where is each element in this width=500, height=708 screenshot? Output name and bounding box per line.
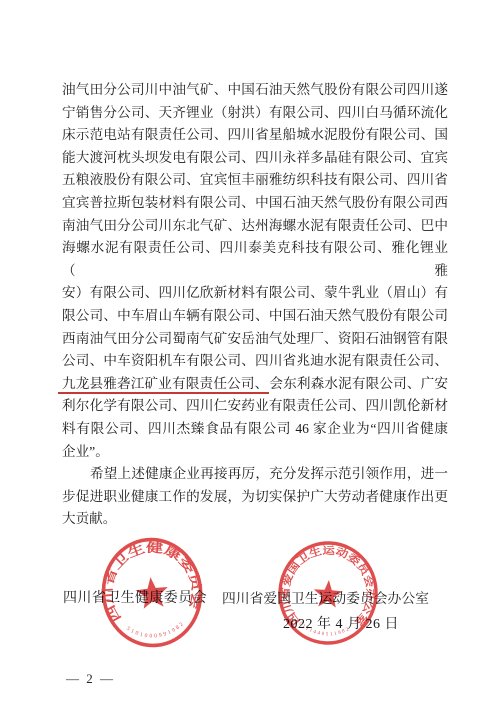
body-line-rest: 会东利森水泥有限公司、广安 bbox=[269, 376, 448, 391]
star-icon bbox=[313, 579, 343, 608]
body-line: 南油气田分公司川东北气矿、达州海螺水泥有限责任公司、巴中 bbox=[62, 215, 448, 238]
body-line: 宁销售分公司、天齐锂业（射洪）有限公司、四川白马循环流化 bbox=[62, 102, 448, 125]
body-line: 五粮液股份有限公司、宜宾恒丰丽雅纺织科技有限公司、四川省 bbox=[62, 169, 448, 192]
body-line: 宜宾普拉斯包装材料有限公司、中国石油天然气股份有限公司西 bbox=[62, 192, 448, 215]
body-line-underlined: 九龙县雅砻江矿业有限责任公司、会东利森水泥有限公司、广安 bbox=[62, 373, 448, 396]
official-seal-right: 四川省爱国卫生运动委员会办公室 5111440511982 bbox=[276, 541, 380, 645]
body-line: 利尔化学有限公司、四川仁安药业有限责任公司、四川凯伦新材 bbox=[62, 395, 448, 418]
body-line: 安）有限公司、四川亿欣新材料有限公司、蒙牛乳业（眉山）有 bbox=[62, 282, 448, 305]
body-line: 限公司、中车眉山车辆有限公司、中国石油天然气股份有限公司 bbox=[62, 305, 448, 328]
body-line: 大贡献。 bbox=[62, 508, 448, 531]
body-line: 油气田分公司川中油气矿、中国石油天然气股份有限公司四川遂 bbox=[62, 79, 448, 102]
body-line: 料有限公司、四川杰臻食品有限公司 46 家企业为“四川省健康 bbox=[62, 418, 448, 441]
body-line: 步促进职业健康工作的发展，为切实保护广大劳动者健康作出更 bbox=[62, 486, 448, 509]
body-line: 床示范电站有限责任公司、四川省星船城水泥股份有限公司、国 bbox=[62, 124, 448, 147]
document-page: 油气田分公司川中油气矿、中国石油天然气股份有限公司四川遂 宁销售分公司、天齐锂业… bbox=[0, 0, 500, 708]
body-line: 西南油气田分公司蜀南气矿安岳油气处理厂、资阳石油钢管有限 bbox=[62, 328, 448, 351]
body-line: 海螺水泥有限责任公司、四川泰美克科技有限公司、雅化锂业（雅 bbox=[62, 237, 448, 282]
body-line: 能大渡河枕头坝发电有限公司、四川永祥多晶硅有限公司、宜宾 bbox=[62, 147, 448, 170]
official-seal-left: 四川省卫生健康委员会 5101000991982 bbox=[99, 536, 205, 649]
star-icon bbox=[134, 575, 169, 609]
body-line: 企业”。 bbox=[62, 441, 448, 464]
body-line: 公司、中车资阳机车有限公司、四川省兆迪水泥有限责任公司、 bbox=[62, 350, 448, 373]
body-text: 油气田分公司川中油气矿、中国石油天然气股份有限公司四川遂 宁销售分公司、天齐锂业… bbox=[62, 79, 448, 531]
underlined-company-name: 九龙县雅砻江矿业有限责任公司、 bbox=[58, 376, 269, 395]
body-line: 希望上述健康企业再接再厉，充分发挥示范引领作用，进一 bbox=[62, 463, 448, 486]
page-number: — 2 — bbox=[66, 671, 115, 687]
